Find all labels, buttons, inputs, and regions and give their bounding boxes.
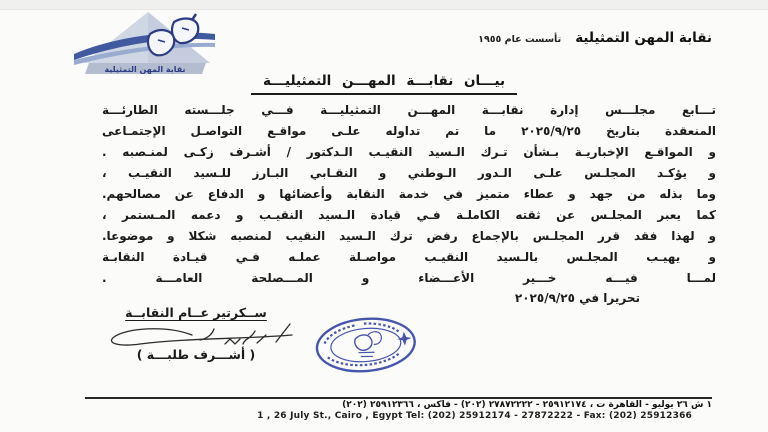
title-row: بيـــان نقابـــة المهـــن التمثيليـــة (0, 70, 768, 95)
handwritten-signature-icon (98, 321, 294, 347)
signature-name: ( أشـــرف طلبـــة ) (98, 347, 294, 362)
org-name: نقابة المهن التمثيلية (575, 30, 712, 46)
official-stamp-icon (311, 312, 420, 379)
body-line: لمـــا فيـــه خـــير الأعـــضاء و المـــ… (102, 268, 716, 289)
statement-body: تـــابع مجلـــس إدارة نقابـــة المهـــن … (102, 100, 716, 289)
body-line: و المواقـع الإخباريـة بـشأن تـرك الـسيد … (102, 142, 716, 163)
body-line: تـــابع مجلـــس إدارة نقابـــة المهـــن … (102, 100, 716, 121)
letterhead-header: نقابة المهن التمثيلية تأسست عام ١٩٥٥ (478, 30, 712, 46)
body-line: المنعقدة بتاريخ ٢٠٢٥/٩/٢٥ ما تم تداوله ع… (102, 121, 716, 142)
tragedy-mask-icon (148, 30, 174, 55)
body-line: و يهيـب المجلـس بالـسيد النقيـب مواصـلة … (102, 247, 716, 268)
footer-address-english: 1 , 26 July St., Cairo , Egypt Tel: (202… (257, 411, 692, 421)
body-line: وما بذله من جهد و عطاء متميز في خدمة الن… (102, 184, 716, 205)
stamp-star-icon (397, 331, 412, 346)
statement-title: بيـــان نقابـــة المهـــن التمثيليـــة (251, 73, 517, 95)
founded-year: تأسست عام ١٩٥٥ (478, 34, 561, 45)
footer-divider (85, 397, 712, 399)
syndicate-logo-icon: نقابة المهن التمثيلية (72, 9, 218, 75)
syndicate-logo: نقابة المهن التمثيلية (72, 9, 218, 75)
date-line: تحريرا في ٢٠٢٥/٩/٢٥ (515, 291, 640, 305)
signature-role: ســكرتير عــام النقابــة (98, 305, 294, 320)
comedy-mask-icon (172, 19, 198, 44)
scanned-statement-page: { "page": { "header": { "org_name": "نقا… (0, 0, 768, 432)
body-line: و لهذا فقد قرر المجلـس بالإجماع رفض ترك … (102, 226, 716, 247)
signature-block: ســكرتير عــام النقابــة ( أشـــرف طلبــ… (98, 305, 294, 362)
body-line: كما يعبر المجلـس عن ثقته الكاملـة فـي قي… (102, 205, 716, 226)
body-line: و يؤكـد المجلـس علـى الـدور الـوطني و ال… (102, 163, 716, 184)
official-stamp (311, 312, 420, 383)
footer-address-arabic: ١ ش ٢٦ يوليو - القاهرة ت ، ٢٥٩١٢١٧٤ - ٢٧… (342, 400, 712, 410)
